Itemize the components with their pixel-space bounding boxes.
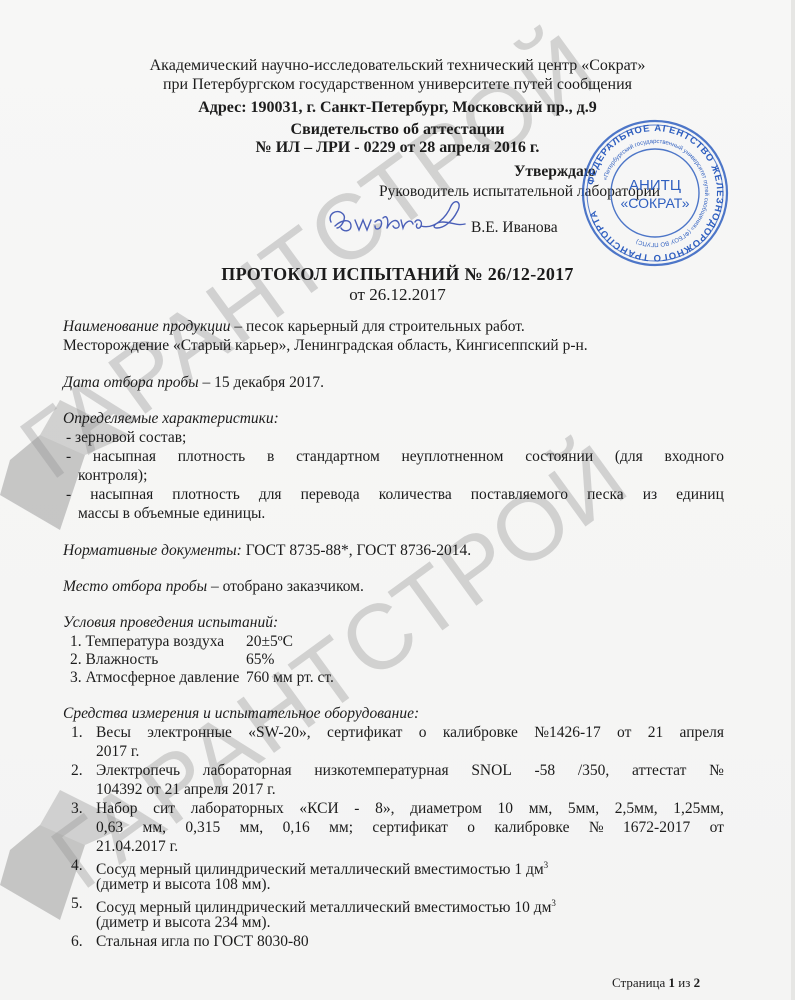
condition-value: 760 мм рт. ст. (246, 668, 334, 687)
word: 1672-2017 (623, 818, 690, 837)
word: SNOL (471, 761, 511, 780)
equipment-item-text: Стальная игла по ГОСТ 8030-80 (96, 932, 309, 951)
word: 10 (498, 799, 514, 818)
product-label: Наименование продукции (63, 318, 231, 335)
word: 0,63 (96, 818, 123, 837)
characteristic-item-cont: контроля); (78, 466, 147, 485)
word: состоянии (525, 447, 593, 466)
superscript: 3 (551, 898, 556, 908)
word: № (709, 761, 724, 780)
word: апреля (680, 723, 724, 742)
normative-label: Нормативные документы: (63, 542, 242, 559)
svg-text:«СОКРАТ»: «СОКРАТ» (620, 195, 689, 211)
sampling-place-line: Место отбора пробы – отобрано заказчиком… (63, 577, 364, 596)
word: аттестат (632, 761, 686, 780)
word: мм, (529, 799, 553, 818)
word: от (617, 723, 631, 742)
word: лабораторных (191, 799, 284, 818)
word: низкотемпературная (314, 761, 448, 780)
word: мм; (329, 818, 353, 837)
word: калибровке (494, 818, 569, 837)
word: насыпная (90, 485, 153, 504)
condition-name: 1. Температура воздуха (70, 632, 224, 651)
word: /350, (578, 761, 609, 780)
word: 2,5мм, (615, 799, 658, 818)
word: перевода (301, 485, 360, 504)
equipment-item-text: 21.04.2017 г. (96, 837, 178, 856)
word: № (589, 818, 604, 837)
word: диаметром (410, 799, 482, 818)
protocol-date: от 26.12.2017 (0, 285, 795, 304)
word: - (354, 799, 359, 818)
sampling-date-value: – 15 декабря 2017. (199, 374, 324, 391)
signature-icon (325, 198, 475, 242)
characteristic-item: -насыпнаяплотностьдляпереводаколичествап… (66, 485, 724, 504)
word: 5мм, (568, 799, 599, 818)
condition-name: 2. Влажность (70, 650, 158, 669)
organization-affiliation: при Петербургском государственном универ… (0, 75, 795, 94)
word: 8», (375, 799, 394, 818)
equipment-item-number: 2. (71, 761, 83, 780)
product-line: Наименование продукции – песок карьерный… (63, 317, 525, 336)
word: входного (665, 447, 724, 466)
word: количества (379, 485, 452, 504)
characteristic-item-justified: -насыпнаяплотностьвстандартномнеуплотнен… (66, 447, 724, 466)
characteristic-item-justified: -насыпнаяплотностьдляпереводаколичествап… (66, 485, 724, 504)
word: плотность (178, 447, 246, 466)
condition-name: 3. Атмосферное давление (70, 668, 239, 687)
word: о (467, 818, 475, 837)
characteristic-item: -насыпнаяплотностьвстандартномнеуплотнен… (66, 447, 724, 466)
word: из (643, 485, 657, 504)
svg-text:АНИТЦ: АНИТЦ (629, 177, 681, 194)
word: неуплотненном (402, 447, 504, 466)
equipment-item-number: 6. (71, 932, 83, 951)
normative-line: Нормативные документы: ГОСТ 8735-88*, ГО… (63, 541, 471, 560)
word: - (66, 485, 71, 504)
word: -58 (535, 761, 556, 780)
word: Электропечь (96, 761, 180, 780)
word: (для (615, 447, 643, 466)
characteristic-item: - зерновой состав; (66, 428, 186, 447)
organization-address: Адрес: 190031, г. Санкт-Петербург, Моско… (0, 98, 795, 117)
condition-value: 20±5ºС (246, 632, 293, 651)
word: №1426-17 (534, 723, 600, 742)
equipment-item-text: Весыэлектронные«SW-20»,сертификатокалибр… (96, 723, 724, 742)
word: о (419, 723, 427, 742)
word: электронные (147, 723, 232, 742)
word: - (66, 447, 71, 466)
word: калибровке (443, 723, 518, 742)
page-number: Страница 1 из 2 (612, 975, 700, 991)
equipment-item-text: (диметр и высота 108 мм). (96, 875, 270, 894)
word: поставляемого (471, 485, 568, 504)
page-of: из (678, 975, 690, 990)
word: песка (587, 485, 624, 504)
word: в (267, 447, 274, 466)
equipment-item-number: 5. (71, 894, 83, 913)
superscript: 3 (544, 860, 549, 870)
word: 21 (648, 723, 664, 742)
word: сертификат (372, 818, 447, 837)
word: мм, (143, 818, 167, 837)
equipment-item-number: 4. (71, 856, 83, 875)
normative-value: ГОСТ 8735-88*, ГОСТ 8736-2014. (242, 542, 471, 559)
page-current: 1 (669, 975, 676, 990)
sampling-place-label: Место отбора пробы (63, 578, 207, 595)
sampling-date-line: Дата отбора пробы – 15 декабря 2017. (63, 373, 324, 392)
word: плотность (172, 485, 240, 504)
document-page: ГАРАНТСТРОЙ ГАРАНТСТРОЙ Академический на… (0, 0, 795, 1000)
characteristic-item-cont: массы в объемные единицы. (78, 504, 265, 523)
page-total: 2 (694, 975, 701, 990)
word: сит (153, 799, 175, 818)
approver-name: В.Е. Иванова (471, 218, 558, 237)
product-deposit: Месторождение «Старый карьер», Ленинград… (63, 336, 588, 355)
organization-name: Академический научно-исследовательский т… (0, 56, 795, 75)
equipment-item-text: 0,63мм,0,315мм,0,16мм;сертификатокалибро… (96, 818, 724, 837)
word: Набор (96, 799, 137, 818)
word: «КСИ (299, 799, 338, 818)
equipment-item-text: Электропечьлабораторнаянизкотемпературна… (96, 761, 724, 780)
equipment-item-text: 2017 г. (96, 742, 139, 761)
word: от (710, 818, 724, 837)
product-value: – песок карьерный для строительных работ… (231, 318, 525, 335)
equipment-item-text: Наборситлабораторных«КСИ-8»,диаметром10м… (96, 799, 724, 818)
word: 0,315 (185, 818, 220, 837)
word: стандартном (296, 447, 380, 466)
word: 0,16 (283, 818, 310, 837)
word: насыпная (93, 447, 156, 466)
word: для (259, 485, 282, 504)
conditions-label: Условия проведения испытаний: (63, 613, 278, 632)
equipment-item-number: 3. (71, 799, 83, 818)
official-stamp-icon: ФЕДЕРАЛЬНОЕ АГЕНТСТВО ЖЕЛЕЗНОДОРОЖНОГО Т… (580, 118, 730, 268)
word: «SW-20», (248, 723, 310, 742)
characteristics-label: Определяемые характеристики: (63, 409, 279, 428)
sampling-place-value: – отобрано заказчиком. (207, 578, 364, 595)
word: единиц (676, 485, 724, 504)
equipment-item-text: 104392 от 21 апреля 2017 г. (96, 780, 276, 799)
word: 1,25мм, (673, 799, 724, 818)
equipment-item-text: (диметр и высота 234 мм). (96, 913, 270, 932)
equipment-label: Средства измерения и испытательное обору… (63, 704, 419, 723)
sampling-date-label: Дата отбора пробы (63, 374, 199, 391)
condition-value: 65% (246, 650, 274, 669)
word: лабораторная (203, 761, 292, 780)
word: Весы (96, 723, 131, 742)
word: мм, (240, 818, 264, 837)
word: сертификат (327, 723, 402, 742)
page-label: Страница (612, 975, 665, 990)
equipment-item-number: 1. (71, 723, 83, 742)
